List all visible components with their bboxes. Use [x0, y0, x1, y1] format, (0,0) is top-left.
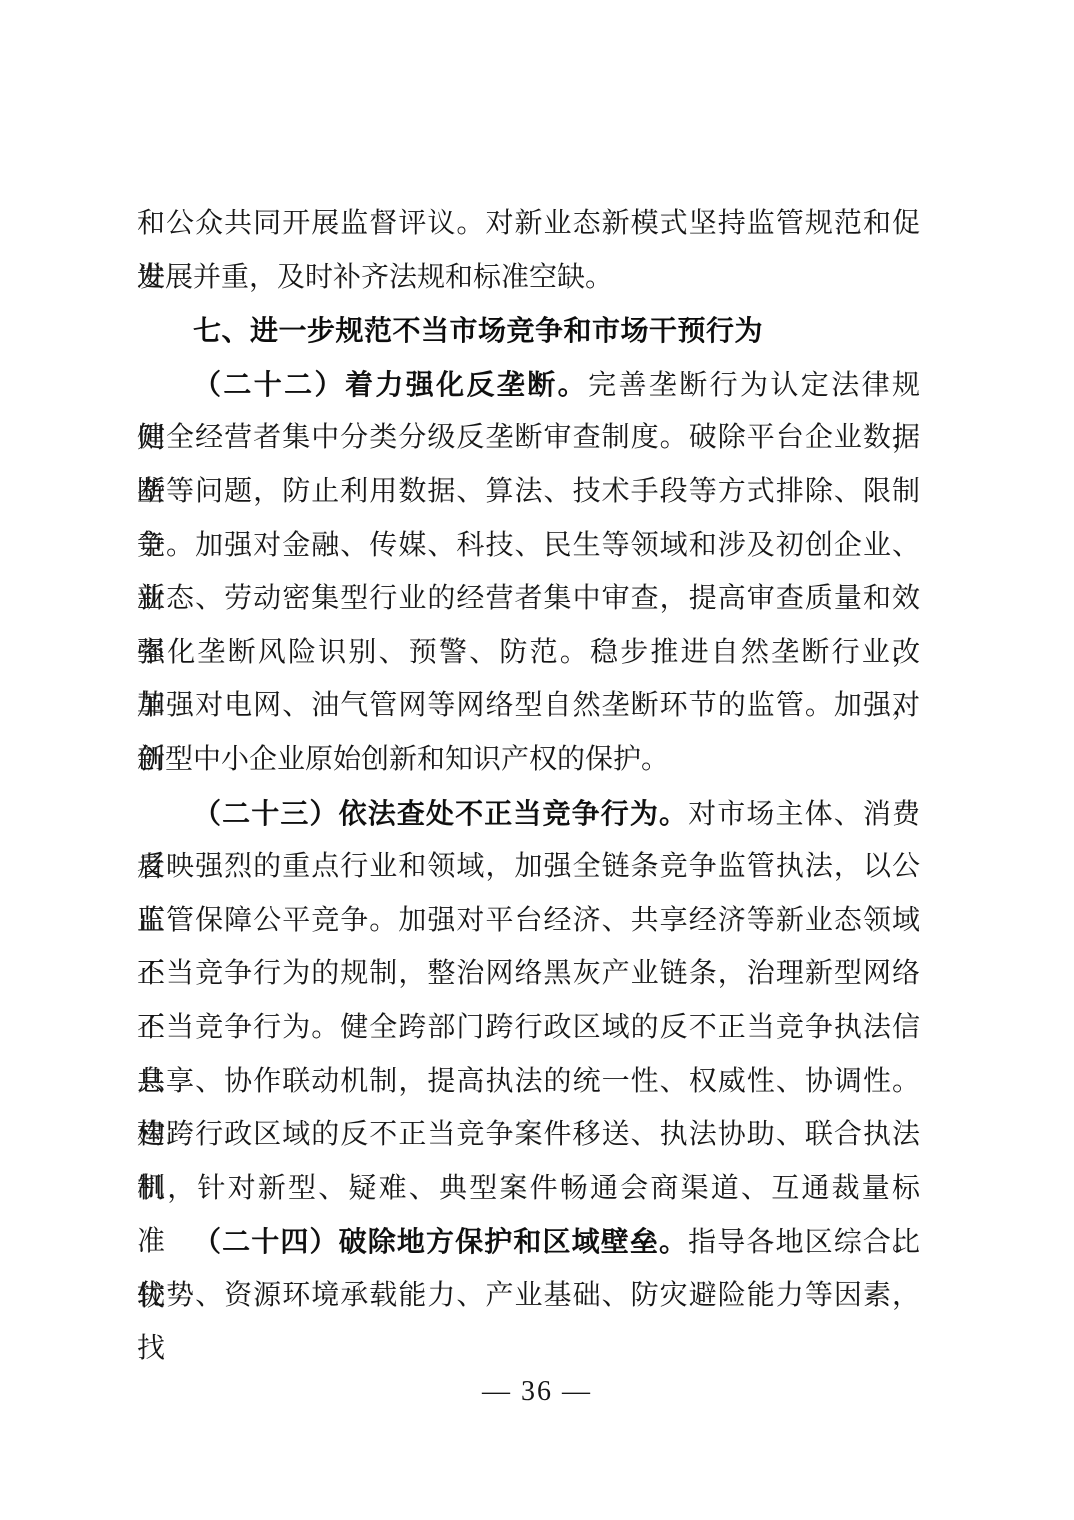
text-line: （二十四）破除地方保护和区域壁垒。指导各地区综合比较 — [137, 1215, 920, 1269]
text-line: 健全经营者集中分类分级反垄断审查制度。破除平台企业数据垄 — [137, 411, 920, 465]
text-line: （二十二）着力强化反垄断。完善垄断行为认定法律规则， — [137, 358, 920, 412]
text-line: 业态、劳动密集型行业的经营者集中审查，提高审查质量和效率， — [137, 572, 920, 626]
text-segment: 七、进一步规范不当市场竞争和市场干预行为 — [193, 315, 763, 346]
text-line: 监管保障公平竞争。加强对平台经济、共享经济等新业态领域不 — [137, 894, 920, 948]
text-line: 共享、协作联动机制，提高执法的统一性、权威性、协调性。构 — [137, 1055, 920, 1109]
text-line: 优势、资源环境承载能力、产业基础、防灾避险能力等因素，找 — [137, 1269, 920, 1323]
paragraph-lead-text: （二十四）破除地方保护和区域壁垒。 — [193, 1225, 688, 1258]
text-line: 和公众共同开展监督评议。对新业态新模式坚持监管规范和促进 — [137, 197, 920, 251]
text-line: 加强对电网、油气管网等网络型自然垄断环节的监管。加强对创 — [137, 679, 920, 733]
text-line: 强化垄断风险识别、预警、防范。稳步推进自然垄断行业改革， — [137, 626, 920, 680]
text-line: 反映强烈的重点行业和领域，加强全链条竞争监管执法，以公正 — [137, 840, 920, 894]
text-line: 正当竞争行为的规制，整治网络黑灰产业链条，治理新型网络不 — [137, 947, 920, 1001]
paragraph-lead-text: （二十三）依法查处不正当竞争行为。 — [193, 797, 688, 830]
text-line: 制，针对新型、疑难、典型案件畅通会商渠道、互通裁量标准。 — [137, 1162, 920, 1216]
section-heading: 七、进一步规范不当市场竞争和市场干预行为 — [137, 304, 920, 358]
text-segment: 发展并重，及时补齐法规和标准空缺。 — [137, 262, 613, 293]
text-line: 建跨行政区域的反不正当竞争案件移送、执法协助、联合执法机 — [137, 1108, 920, 1162]
text-line: 断等问题，防止利用数据、算法、技术手段等方式排除、限制竞 — [137, 465, 920, 519]
document-page: 和公众共同开展监督评议。对新业态新模式坚持监管规范和促进发展并重，及时补齐法规和… — [0, 0, 1074, 1520]
paragraph-lead-text: （二十二）着力强化反垄断。 — [193, 368, 588, 401]
text-line: 新型中小企业原始创新和知识产权的保护。 — [137, 733, 920, 787]
document-body: 和公众共同开展监督评议。对新业态新模式坚持监管规范和促进发展并重，及时补齐法规和… — [137, 197, 920, 1322]
page-number: — 36 — — [0, 1374, 1074, 1410]
text-segment: 优势、资源环境承载能力、产业基础、防灾避险能力等因素，找 — [137, 1280, 920, 1365]
text-line: 争。加强对金融、传媒、科技、民生等领域和涉及初创企业、新 — [137, 519, 920, 573]
text-line: （二十三）依法查处不正当竞争行为。对市场主体、消费者 — [137, 787, 920, 841]
text-segment: 新型中小企业原始创新和知识产权的保护。 — [137, 744, 669, 775]
text-line: 发展并重，及时补齐法规和标准空缺。 — [137, 251, 920, 305]
text-line: 正当竞争行为。健全跨部门跨行政区域的反不正当竞争执法信息 — [137, 1001, 920, 1055]
